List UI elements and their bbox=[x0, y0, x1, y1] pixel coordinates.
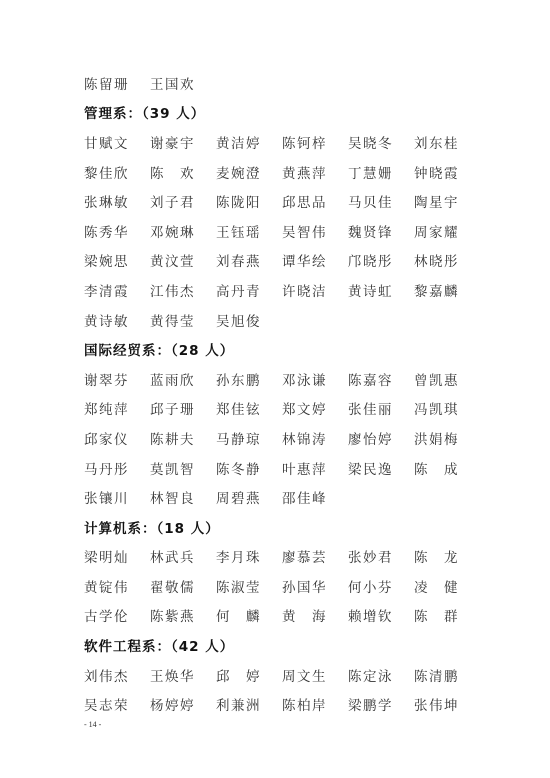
name-cell: 利兼洲 bbox=[216, 694, 282, 714]
name-cell: 陈钶梓 bbox=[282, 132, 348, 152]
name-cell: 梁婉思 bbox=[84, 250, 150, 270]
name-cell: 叶惠萍 bbox=[282, 458, 348, 478]
name-row: 谢翠芬 蓝雨欣 孙东鹏 邓泳谦 陈嘉容 曾凯惠 bbox=[84, 364, 484, 394]
name-cell: 邓婉琳 bbox=[150, 221, 216, 241]
name-cell: 黄诗敏 bbox=[84, 310, 150, 330]
name-cell: 陈定泳 bbox=[348, 665, 414, 685]
name-cell: 丁慧姗 bbox=[348, 162, 414, 182]
name-cell: 蓝雨欣 bbox=[150, 369, 216, 389]
name-cell: 杨婷婷 bbox=[150, 694, 216, 714]
name-row: 李清霞 江伟杰 高丹青 许晓洁 黄诗虹 黎嘉麟 bbox=[84, 275, 484, 305]
name-cell: 李清霞 bbox=[84, 280, 150, 300]
name-cell: 吴智伟 bbox=[282, 221, 348, 241]
name-cell: 郑纯萍 bbox=[84, 398, 150, 418]
name-cell: 邓泳谦 bbox=[282, 369, 348, 389]
name-cell: 吴晓冬 bbox=[348, 132, 414, 152]
name-cell: 黄诗虹 bbox=[348, 280, 414, 300]
name-cell: 吴志荣 bbox=[84, 694, 150, 714]
section-heading-computer-science: 计算机系：（18 人） bbox=[84, 512, 484, 542]
name-cell: 翟敬儒 bbox=[150, 576, 216, 596]
name-cell: 邱家仪 bbox=[84, 428, 150, 448]
name-cell: 孙国华 bbox=[282, 576, 348, 596]
name-cell: 许晓洁 bbox=[282, 280, 348, 300]
name-cell: 江伟杰 bbox=[150, 280, 216, 300]
name-cell: 陈留珊 bbox=[84, 73, 150, 93]
name-cell: 谢豪宇 bbox=[150, 132, 216, 152]
name-row: 张琳敏 刘子君 陈陇阳 邱思品 马贝佳 陶星宇 bbox=[84, 186, 484, 216]
name-row: 古学伦 陈紫燕 何 麟 黄 海 赖增钦 陈 群 bbox=[84, 601, 484, 631]
name-cell: 甘赋文 bbox=[84, 132, 150, 152]
name-cell: 廖慕芸 bbox=[282, 546, 348, 566]
name-cell: 陶星宇 bbox=[414, 191, 480, 211]
name-cell: 王钰瑶 bbox=[216, 221, 282, 241]
name-cell: 林锦涛 bbox=[282, 428, 348, 448]
name-cell: 邱 婷 bbox=[216, 665, 282, 685]
page-number: - 14 - bbox=[84, 720, 101, 729]
name-cell: 钟晓霞 bbox=[414, 162, 480, 182]
name-cell: 魏贤锋 bbox=[348, 221, 414, 241]
name-cell: 冯凯琪 bbox=[414, 398, 480, 418]
name-cell: 林晓彤 bbox=[414, 250, 480, 270]
name-cell: 林智良 bbox=[150, 487, 216, 507]
name-cell: 陈清鹏 bbox=[414, 665, 480, 685]
name-cell: 张妙君 bbox=[348, 546, 414, 566]
name-cell: 马静琼 bbox=[216, 428, 282, 448]
continuation-row: 陈留珊 王国欢 bbox=[84, 68, 484, 98]
name-cell: 梁民逸 bbox=[348, 458, 414, 478]
name-cell: 刘春燕 bbox=[216, 250, 282, 270]
name-cell: 麦婉澄 bbox=[216, 162, 282, 182]
name-cell: 黄燕萍 bbox=[282, 162, 348, 182]
name-cell: 陈柏岸 bbox=[282, 694, 348, 714]
name-cell: 黄 海 bbox=[282, 605, 348, 625]
name-cell: 赖增钦 bbox=[348, 605, 414, 625]
name-cell: 郑文婷 bbox=[282, 398, 348, 418]
name-cell: 王焕华 bbox=[150, 665, 216, 685]
name-cell: 梁鹏学 bbox=[348, 694, 414, 714]
name-cell: 古学伦 bbox=[84, 605, 150, 625]
name-cell: 孙东鹏 bbox=[216, 369, 282, 389]
name-row: 马丹彤 莫凯智 陈冬静 叶惠萍 梁民逸 陈 成 bbox=[84, 453, 484, 483]
name-cell: 黄得莹 bbox=[150, 310, 216, 330]
name-cell: 周碧燕 bbox=[216, 487, 282, 507]
name-row: 黄诗敏 黄得莹 吴旭俊 bbox=[84, 305, 484, 335]
name-row: 郑纯萍 邱子珊 郑佳铉 郑文婷 张佳丽 冯凯琪 bbox=[84, 394, 484, 424]
name-cell: 黎佳欣 bbox=[84, 162, 150, 182]
name-cell: 黄洁婷 bbox=[216, 132, 282, 152]
name-cell: 陈淑莹 bbox=[216, 576, 282, 596]
name-row: 陈秀华 邓婉琳 王钰瑶 吴智伟 魏贤锋 周家耀 bbox=[84, 216, 484, 246]
name-cell: 邝晓彤 bbox=[348, 250, 414, 270]
name-cell: 何小芬 bbox=[348, 576, 414, 596]
name-cell: 陈冬静 bbox=[216, 458, 282, 478]
name-cell: 黄汶萱 bbox=[150, 250, 216, 270]
section-heading-international-trade: 国际经贸系：（28 人） bbox=[84, 334, 484, 364]
name-cell: 陈紫燕 bbox=[150, 605, 216, 625]
name-cell: 谭华绘 bbox=[282, 250, 348, 270]
name-cell: 邱子珊 bbox=[150, 398, 216, 418]
name-cell: 陈嘉容 bbox=[348, 369, 414, 389]
name-row: 邱家仪 陈耕夫 马静琼 林锦涛 廖怡婷 洪娟梅 bbox=[84, 423, 484, 453]
name-cell: 曾凯惠 bbox=[414, 369, 480, 389]
section-heading-software-engineering: 软件工程系：（42 人） bbox=[84, 630, 484, 660]
name-cell: 邵佳峰 bbox=[282, 487, 348, 507]
name-cell: 张镶川 bbox=[84, 487, 150, 507]
section-heading-management: 管理系：（39 人） bbox=[84, 98, 484, 128]
document-page: 陈留珊 王国欢 管理系：（39 人） 甘赋文 谢豪宇 黄洁婷 陈钶梓 吴晓冬 刘… bbox=[0, 0, 550, 778]
name-row: 刘伟杰 王焕华 邱 婷 周文生 陈定泳 陈清鹏 bbox=[84, 660, 484, 690]
name-row: 梁明灿 林武兵 李月珠 廖慕芸 张妙君 陈 龙 bbox=[84, 542, 484, 572]
name-cell: 吴旭俊 bbox=[216, 310, 282, 330]
name-cell: 高丹青 bbox=[216, 280, 282, 300]
name-cell: 邱思品 bbox=[282, 191, 348, 211]
name-cell: 陈 龙 bbox=[414, 546, 480, 566]
name-cell: 梁明灿 bbox=[84, 546, 150, 566]
name-cell: 陈 群 bbox=[414, 605, 480, 625]
name-cell: 王国欢 bbox=[150, 73, 216, 93]
name-cell: 张琳敏 bbox=[84, 191, 150, 211]
name-cell: 马丹彤 bbox=[84, 458, 150, 478]
name-row: 吴志荣 杨婷婷 利兼洲 陈柏岸 梁鹏学 张伟坤 bbox=[84, 689, 484, 719]
name-cell: 莫凯智 bbox=[150, 458, 216, 478]
name-cell: 刘东桂 bbox=[414, 132, 480, 152]
name-cell: 林武兵 bbox=[150, 546, 216, 566]
name-cell: 张佳丽 bbox=[348, 398, 414, 418]
name-cell: 陈 欢 bbox=[150, 162, 216, 182]
name-cell: 李月珠 bbox=[216, 546, 282, 566]
name-row: 张镶川 林智良 周碧燕 邵佳峰 bbox=[84, 482, 484, 512]
name-cell: 张伟坤 bbox=[414, 694, 480, 714]
name-row: 甘赋文 谢豪宇 黄洁婷 陈钶梓 吴晓冬 刘东桂 bbox=[84, 127, 484, 157]
name-cell: 陈秀华 bbox=[84, 221, 150, 241]
name-cell: 廖怡婷 bbox=[348, 428, 414, 448]
name-row: 梁婉思 黄汶萱 刘春燕 谭华绘 邝晓彤 林晓彤 bbox=[84, 246, 484, 276]
name-cell: 刘子君 bbox=[150, 191, 216, 211]
name-cell: 周家耀 bbox=[414, 221, 480, 241]
name-cell: 陈陇阳 bbox=[216, 191, 282, 211]
name-cell: 刘伟杰 bbox=[84, 665, 150, 685]
name-cell: 周文生 bbox=[282, 665, 348, 685]
name-list: 陈留珊 王国欢 管理系：（39 人） 甘赋文 谢豪宇 黄洁婷 陈钶梓 吴晓冬 刘… bbox=[84, 68, 484, 719]
name-cell: 凌 健 bbox=[414, 576, 480, 596]
name-cell: 何 麟 bbox=[216, 605, 282, 625]
name-cell: 洪娟梅 bbox=[414, 428, 480, 448]
name-cell: 郑佳铉 bbox=[216, 398, 282, 418]
name-cell: 黄锭伟 bbox=[84, 576, 150, 596]
name-row: 黄锭伟 翟敬儒 陈淑莹 孙国华 何小芬 凌 健 bbox=[84, 571, 484, 601]
name-cell: 谢翠芬 bbox=[84, 369, 150, 389]
name-cell: 陈 成 bbox=[414, 458, 480, 478]
name-cell: 黎嘉麟 bbox=[414, 280, 480, 300]
name-cell: 马贝佳 bbox=[348, 191, 414, 211]
name-row: 黎佳欣 陈 欢 麦婉澄 黄燕萍 丁慧姗 钟晓霞 bbox=[84, 157, 484, 187]
name-cell: 陈耕夫 bbox=[150, 428, 216, 448]
